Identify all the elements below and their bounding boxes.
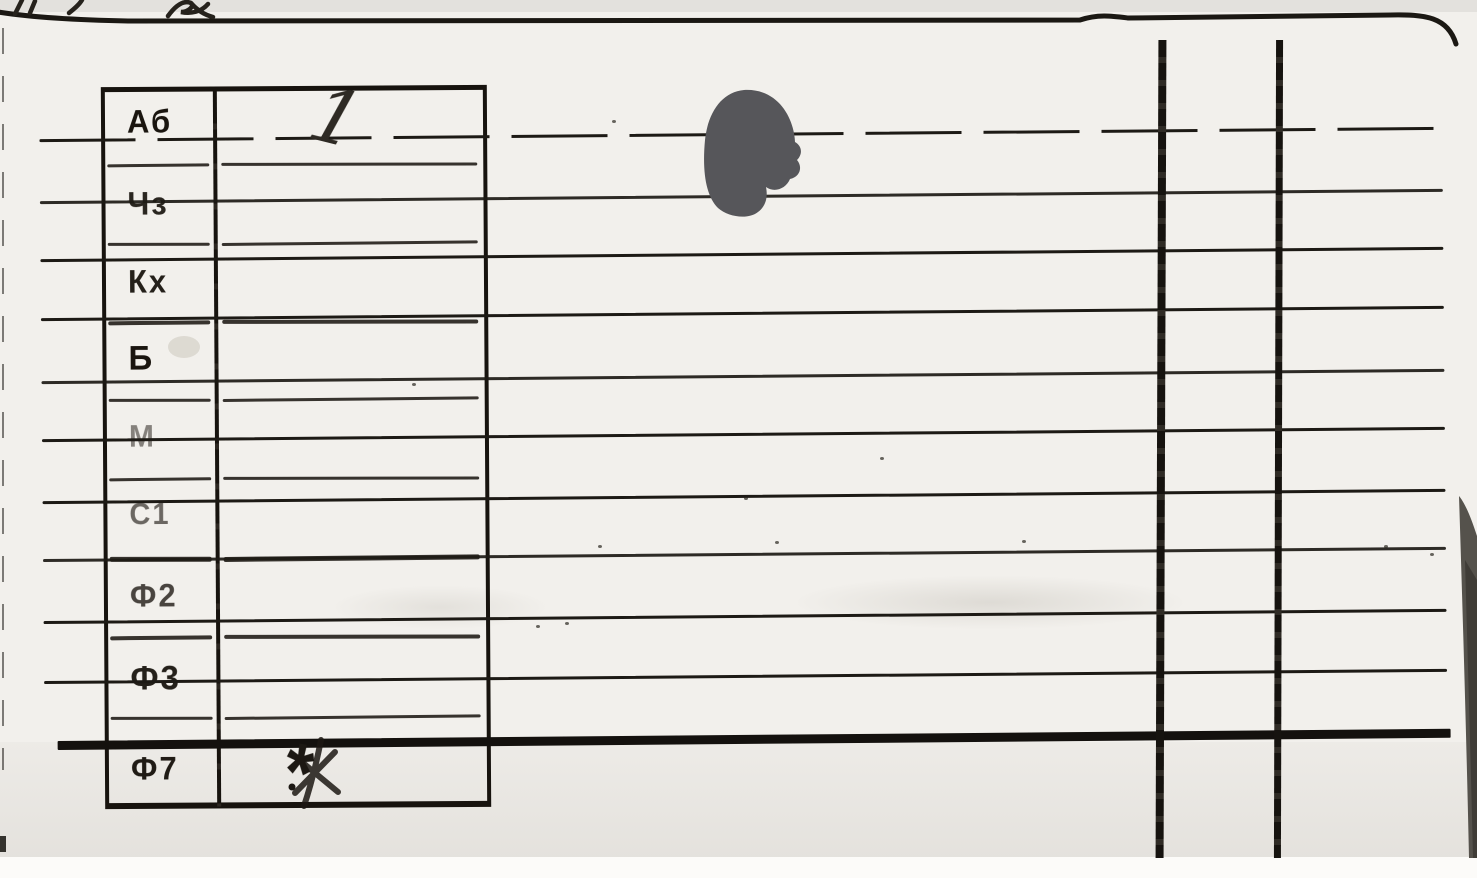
dust-speck — [880, 457, 884, 460]
ruled-line — [43, 547, 1446, 562]
ruled-lines-layer — [0, 0, 1477, 878]
dust-speck — [744, 497, 748, 500]
dust-speck — [775, 541, 779, 544]
dust-speck — [412, 383, 416, 386]
ruled-line — [40, 247, 1443, 262]
dust-speck — [1022, 540, 1026, 543]
dust-speck — [1384, 545, 1388, 548]
dust-speck — [565, 622, 569, 625]
ruled-line — [40, 189, 1443, 204]
ruled-line — [41, 369, 1444, 384]
ruled-line — [44, 669, 1447, 684]
scanned-library-card: АбЧзКхБМС1Ф2Ф3Ф7 1 * — [0, 0, 1477, 878]
ruled-line — [41, 306, 1444, 321]
dust-speck — [1430, 553, 1434, 556]
dust-speck — [536, 625, 540, 628]
ruled-line-thick — [58, 729, 1451, 750]
ruled-line — [42, 427, 1445, 442]
ruled-line — [39, 127, 1442, 142]
dust-speck — [598, 545, 602, 548]
dust-speck — [612, 120, 616, 123]
ruled-line — [44, 609, 1447, 624]
